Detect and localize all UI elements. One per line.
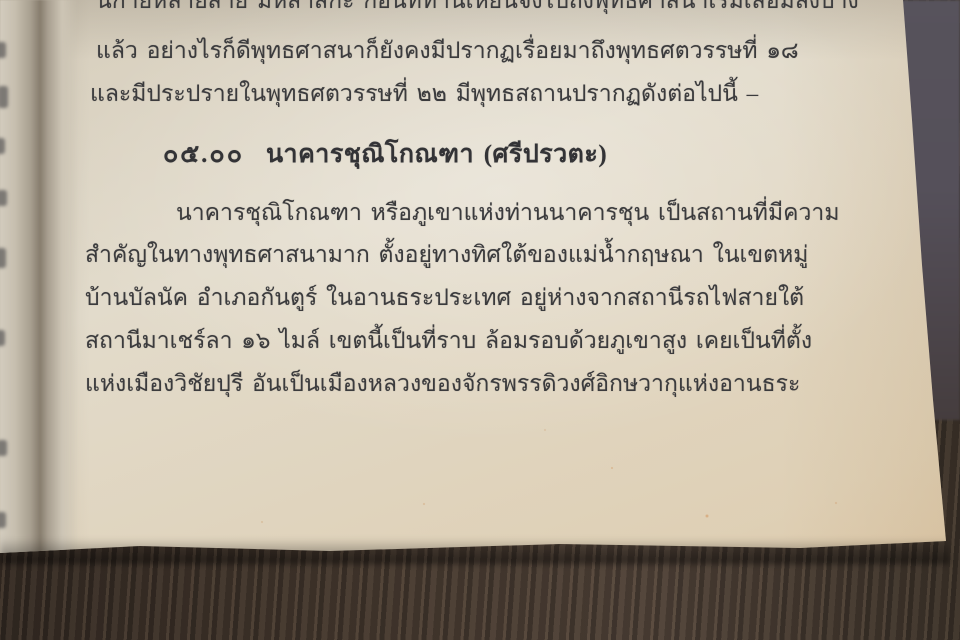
intro-line-clipped: นิกายหลายสาย มหิสาสกะ ก่อนที่ท่านเหียนจั… <box>96 0 859 16</box>
section-number: ๐๕.๐๐ <box>163 141 244 168</box>
section-heading: ๐๕.๐๐นาคารชุณิโกณฑา (ศรีปรวตะ) <box>163 140 607 170</box>
intro-line: แล้ว อย่างไรก็ดีพุทธศาสนาก็ยังคงมีปรากฏเ… <box>96 36 799 66</box>
page-edge-shadow <box>0 538 950 564</box>
paragraph-line: แห่งเมืองวิชัยปุรี อันเป็นเมืองหลวงของจั… <box>85 369 800 399</box>
paragraph-line: นาคารชุณิโกณฑา หรือภูเขาแห่งท่านนาคารชุน… <box>176 198 839 228</box>
paragraph-line: สำคัญในทางพุทธศาสนามาก ตั้งอยู่ทางทิศใต้… <box>85 240 808 270</box>
paragraph-line: สถานีมาเชร์ลา ๑๖ ไมล์ เขตนี้เป็นที่ราบ ล… <box>85 326 812 356</box>
paragraph-line: บ้านบัลนัค อำเภอกันตูร์ ในอานธระประเทศ อ… <box>85 283 804 313</box>
section-title: นาคารชุณิโกณฑา (ศรีปรวตะ) <box>266 141 607 168</box>
intro-line: และมีประปรายในพุทธศตวรรษที่ ๒๒ มีพุทธสถา… <box>90 79 758 109</box>
